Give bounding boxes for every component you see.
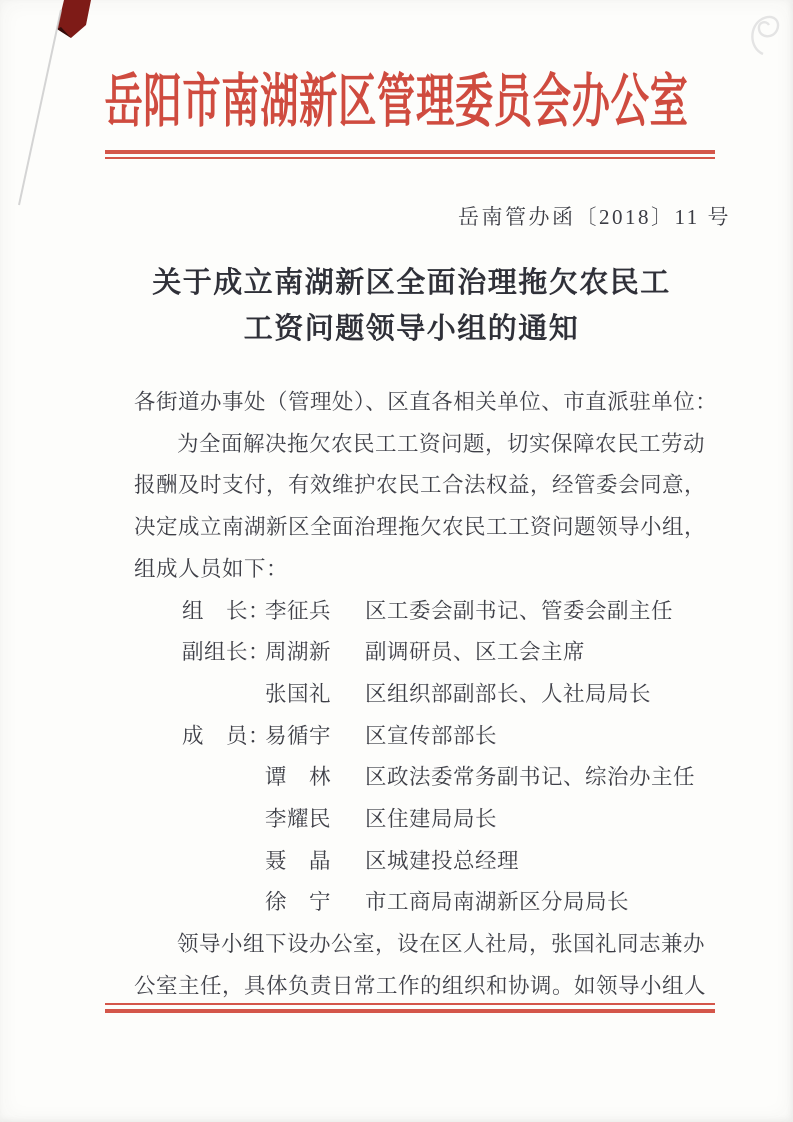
member-name: 谭 林: [265, 757, 365, 799]
member-position: 区宣传部部长: [365, 724, 497, 748]
paperclip-mark-icon: [735, 6, 787, 64]
letterhead: 岳阳市南湖新区管理委员会办公室: [0, 60, 793, 144]
document-body: 各街道办事处（管理处）、区直各相关单位、市直派驻单位： 为全面解决拖欠农民工工资…: [134, 382, 706, 1008]
member-row: 徐 宁市工商局南湖新区分局局长: [182, 882, 706, 924]
member-name: 张国礼: [265, 674, 365, 716]
closing-paragraph-line: 公室主任，具体负责日常工作的组织和协调。如领导小组人: [134, 966, 706, 1008]
closing-paragraph-line: 领导小组下设办公室，设在区人社局，张国礼同志兼办: [134, 924, 706, 966]
member-name: 徐 宁: [265, 882, 365, 924]
paragraph-line: 组成人员如下：: [134, 549, 706, 591]
paragraph-line: 决定成立南湖新区全面治理拖欠农民工工资问题领导小组，: [134, 507, 706, 549]
document-number: 岳南管办函〔2018〕11 号: [458, 201, 731, 231]
member-position: 区住建局局长: [365, 807, 497, 831]
scanned-document-page: 岳阳市南湖新区管理委员会办公室 岳南管办函〔2018〕11 号 关于成立南湖新区…: [0, 0, 793, 1122]
member-row: 组 长：李征兵区工委会副书记、管委会副主任: [182, 591, 706, 633]
document-title: 关于成立南湖新区全面治理拖欠农民工 工资问题领导小组的通知: [30, 260, 793, 352]
document-title-line2: 工资问题领导小组的通知: [30, 306, 793, 352]
member-position: 副调研员、区工会主席: [365, 640, 585, 664]
footer-rule-thin: [105, 1003, 715, 1005]
member-role: 组 长：: [182, 591, 265, 633]
org-name-text: 岳阳市南湖新区管理委员会办公室: [104, 60, 688, 144]
document-title-line1: 关于成立南湖新区全面治理拖欠农民工: [30, 260, 793, 306]
member-position: 区政法委常务副书记、综治办主任: [365, 765, 695, 789]
member-position: 市工商局南湖新区分局局长: [365, 890, 629, 914]
member-position: 区城建投总经理: [365, 849, 519, 873]
salutation-line: 各街道办事处（管理处）、区直各相关单位、市直派驻单位：: [134, 382, 706, 424]
paragraph-line: 报酬及时支付，有效维护农民工合法权益，经管委会同意，: [134, 465, 706, 507]
member-name: 李耀民: [265, 799, 365, 841]
paragraph-line: 为全面解决拖欠农民工工资问题，切实保障农民工劳动: [134, 424, 706, 466]
member-row: 聂 晶区城建投总经理: [182, 841, 706, 883]
member-row: 副组长：周湖新副调研员、区工会主席: [182, 632, 706, 674]
member-row: 李耀民区住建局局长: [182, 799, 706, 841]
member-position: 区组织部副部长、人社局局长: [365, 682, 651, 706]
member-name: 聂 晶: [265, 841, 365, 883]
leading-group-member-list: 组 长：李征兵区工委会副书记、管委会副主任 副组长：周湖新副调研员、区工会主席 …: [182, 591, 706, 925]
member-role: 成 员：: [182, 716, 265, 758]
member-name: 易循宇: [265, 716, 365, 758]
member-row: 张国礼区组织部副部长、人社局局长: [182, 674, 706, 716]
member-row: 成 员：易循宇区宣传部部长: [182, 716, 706, 758]
header-rule-thin: [105, 157, 715, 159]
header-rule-thick: [105, 150, 715, 154]
member-position: 区工委会副书记、管委会副主任: [365, 599, 673, 623]
member-row: 谭 林区政法委常务副书记、综治办主任: [182, 757, 706, 799]
member-role: 副组长：: [182, 632, 265, 674]
member-name: 李征兵: [265, 591, 365, 633]
member-name: 周湖新: [265, 632, 365, 674]
footer-rule-thick: [105, 1009, 715, 1013]
